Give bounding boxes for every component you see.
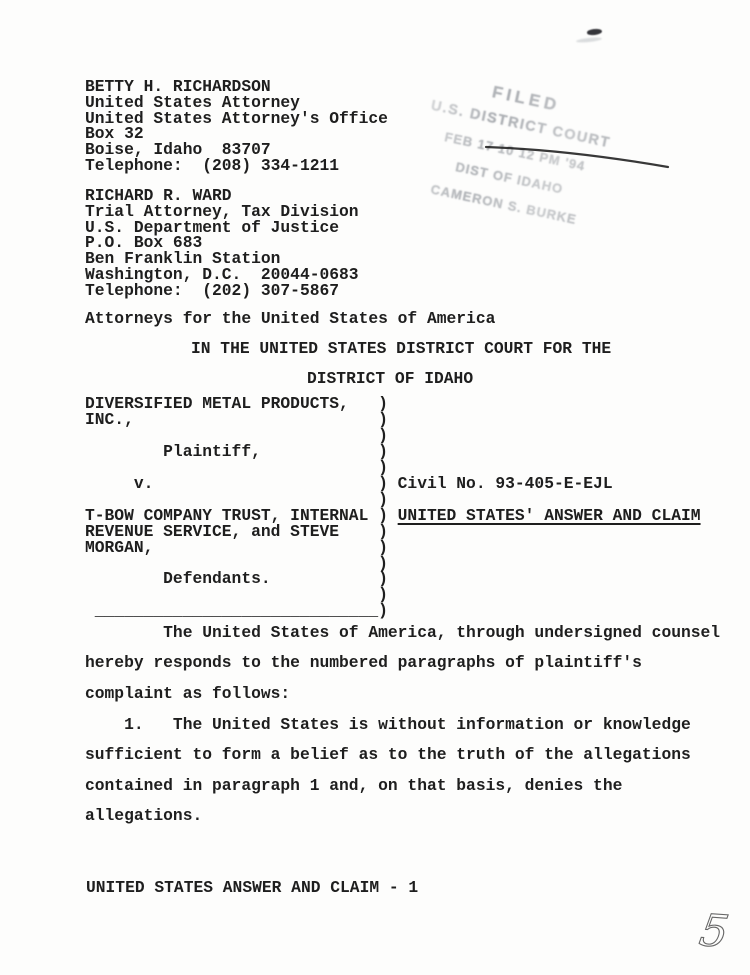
body-paragraph-1: 1. The United States is without informat… bbox=[85, 710, 691, 831]
court-heading-line2: DISTRICT OF IDAHO bbox=[307, 371, 473, 387]
court-heading-line1: IN THE UNITED STATES DISTRICT COURT FOR … bbox=[191, 341, 611, 357]
attorney-info-line: Telephone: (202) 307-5867 bbox=[85, 283, 359, 299]
page-footer-title: UNITED STATES ANSWER AND CLAIM - 1 bbox=[86, 880, 418, 896]
filed-stamp: FILEDU.S. DISTRICT COURTFEB 17 10 12 PM … bbox=[385, 61, 646, 243]
attorney-block-us-attorney: BETTY H. RICHARDSONUnited States Attorne… bbox=[85, 79, 388, 174]
case-caption: DIVERSIFIED METAL PRODUCTS, )INC., ) ) P… bbox=[85, 396, 701, 619]
caption-row: _____________________________) bbox=[85, 603, 701, 619]
body-paragraph-intro: The United States of America, through un… bbox=[85, 618, 720, 709]
body-text-line: The United States of America, through un… bbox=[85, 618, 720, 648]
body-text-line: 1. The United States is without informat… bbox=[85, 710, 691, 740]
document-title-underlined: UNITED STATES' ANSWER AND CLAIM bbox=[398, 506, 701, 525]
body-text-line: sufficient to form a belief as to the tr… bbox=[85, 740, 691, 770]
attorney-info-line: Telephone: (208) 334-1211 bbox=[85, 158, 388, 174]
scanned-court-document-page: FILEDU.S. DISTRICT COURTFEB 17 10 12 PM … bbox=[0, 0, 750, 975]
body-text-line: contained in paragraph 1 and, on that ba… bbox=[85, 771, 691, 801]
body-text-line: allegations. bbox=[85, 801, 691, 831]
attorney-block-doj: RICHARD R. WARDTrial Attorney, Tax Divis… bbox=[85, 188, 359, 299]
body-text-line: complaint as follows: bbox=[85, 679, 720, 709]
body-text-line: hereby responds to the numbered paragrap… bbox=[85, 648, 720, 678]
attorneys-for-line: Attorneys for the United States of Ameri… bbox=[85, 311, 495, 327]
ink-smudge-artifact-light bbox=[576, 37, 602, 44]
handwritten-page-number: 5 bbox=[697, 909, 732, 955]
ink-smudge-artifact bbox=[587, 28, 603, 36]
